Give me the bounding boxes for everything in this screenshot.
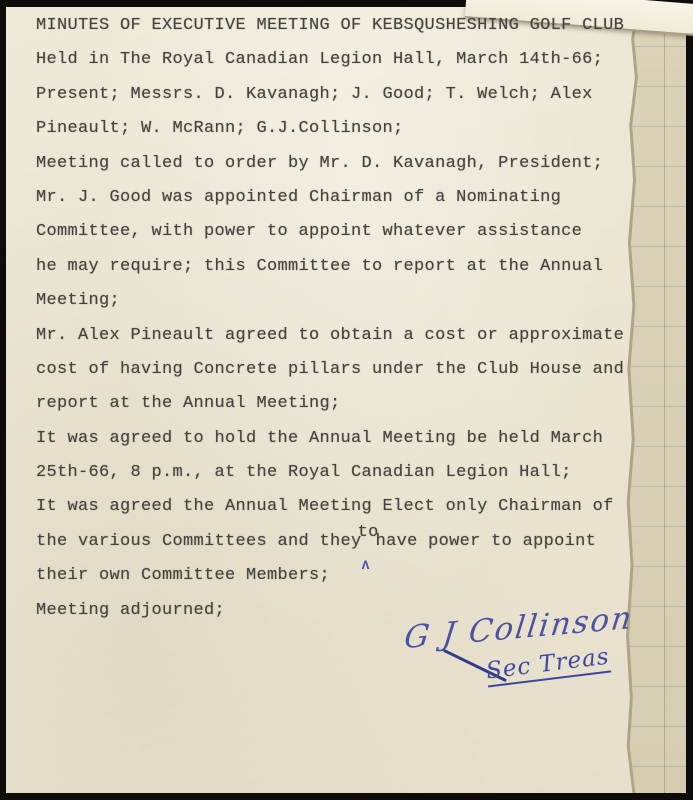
typed-line: Mr. Alex Pineault agreed to obtain a cos…: [36, 319, 636, 353]
typed-line: report at the Annual Meeting;: [36, 387, 636, 421]
insertion-point: toΛ: [362, 544, 376, 545]
typed-line: It was agreed to hold the Annual Meeting…: [36, 422, 636, 456]
typed-line: Held in The Royal Canadian Legion Hall, …: [36, 43, 636, 77]
typed-line-with-insertion: the various Committees and theytoΛhave p…: [36, 525, 636, 559]
typed-line: Pineault; W. McRann; G.J.Collinson;: [36, 112, 636, 146]
document-title: MINUTES OF EXECUTIVE MEETING OF KEBSQUSH…: [36, 9, 636, 43]
typed-line: cost of having Concrete pillars under th…: [36, 353, 636, 387]
typed-text-block: MINUTES OF EXECUTIVE MEETING OF KEBSQUSH…: [36, 9, 636, 628]
typed-line: Mr. J. Good was appointed Chairman of a …: [36, 181, 636, 215]
typed-line: 25th-66, 8 p.m., at the Royal Canadian L…: [36, 456, 636, 490]
insertion-caret-icon: Λ: [362, 549, 370, 583]
typed-line: he may require; this Committee to report…: [36, 250, 636, 284]
typed-line: It was agreed the Annual Meeting Elect o…: [36, 490, 636, 524]
inserted-word: to: [358, 516, 379, 550]
scanned-document: MINUTES OF EXECUTIVE MEETING OF KEBSQUSH…: [0, 0, 693, 800]
line-segment-before: the various Committees and they: [36, 532, 362, 551]
line-segment-after: have power to appoint: [376, 532, 597, 551]
typed-line: Meeting called to order by Mr. D. Kavana…: [36, 147, 636, 181]
ledger-vertical-rule: [664, 7, 665, 793]
typed-line: Committee, with power to appoint whateve…: [36, 215, 636, 249]
typed-line: their own Committee Members;: [36, 559, 636, 593]
typed-line: Present; Messrs. D. Kavanagh; J. Good; T…: [36, 78, 636, 112]
typed-line: Meeting;: [36, 284, 636, 318]
